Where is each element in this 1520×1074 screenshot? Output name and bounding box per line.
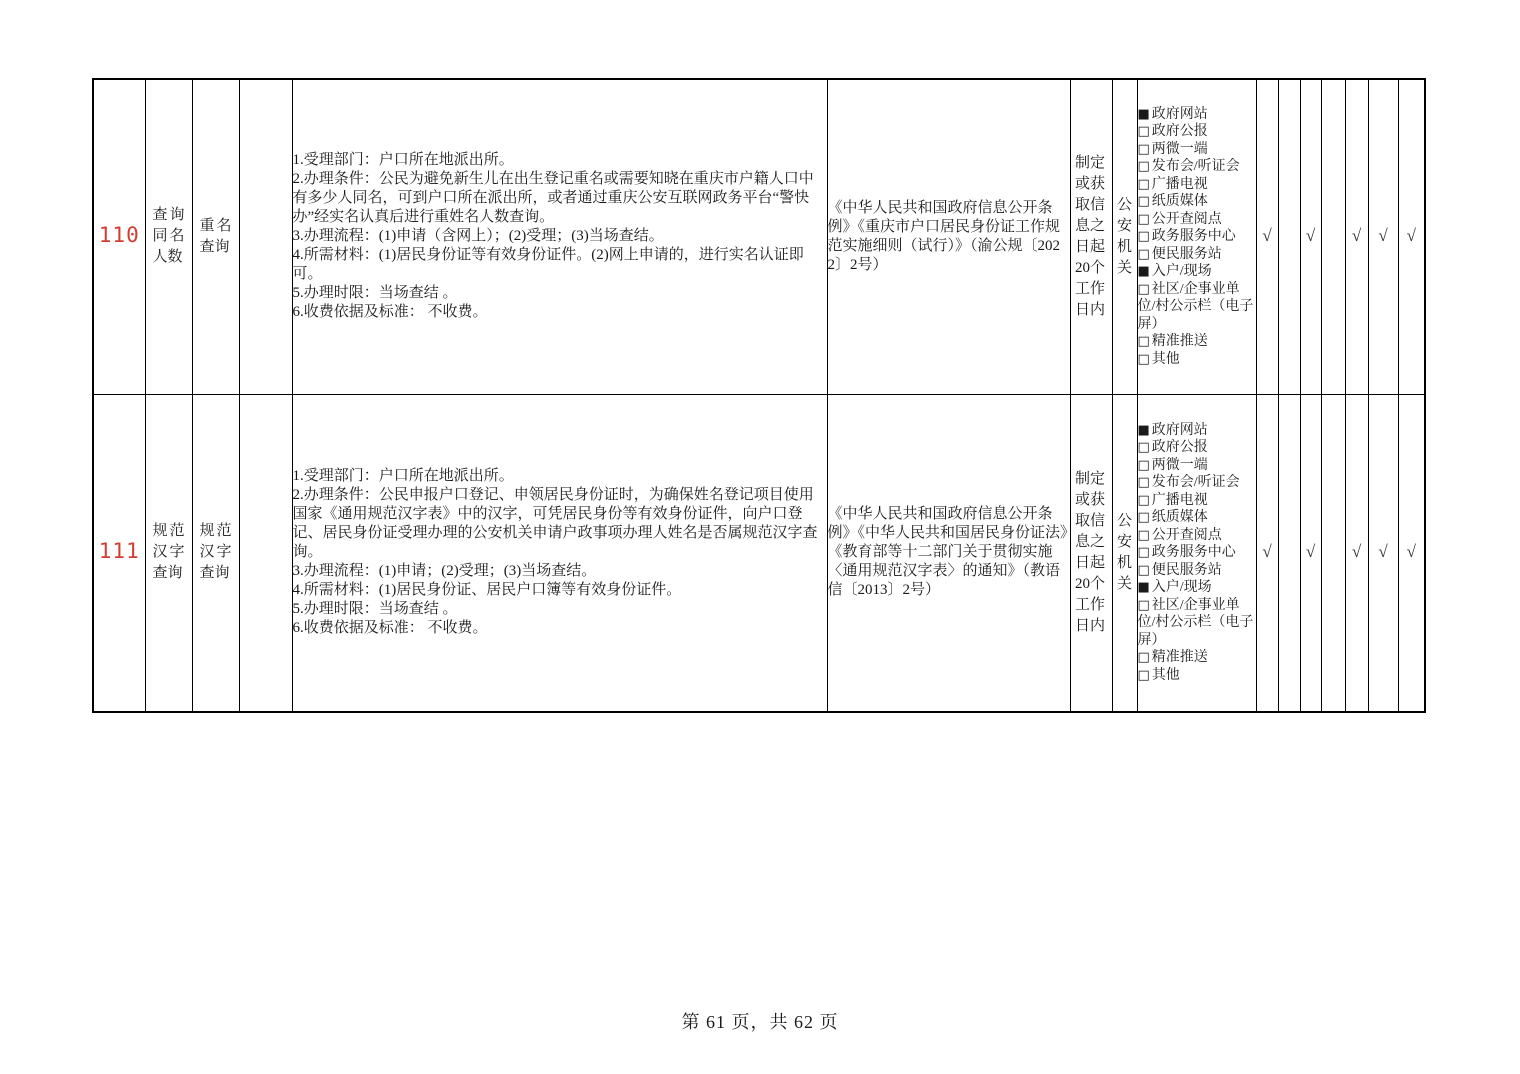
- channel-item: □纸质媒体: [1138, 509, 1256, 527]
- checkbox-icon: □: [1138, 229, 1150, 244]
- checkbox-icon: ■: [1138, 423, 1150, 438]
- channel-item: □发布会/听证会: [1138, 474, 1256, 492]
- row-number-cell: 111: [93, 394, 145, 712]
- channel-item: □广播电视: [1138, 492, 1256, 510]
- mark-cell-4: [1321, 394, 1345, 712]
- channel-item: □纸质媒体: [1138, 193, 1256, 211]
- description-line: 6.收费依据及标准： 不收费。: [293, 303, 827, 322]
- query-type-cell: 规范汉字查询: [192, 394, 239, 712]
- checkbox-icon: □: [1138, 282, 1150, 297]
- agency-text: 公安机关: [1117, 195, 1133, 279]
- time-limit-cell: 制定或获取信息之日起20个工作日内: [1070, 394, 1112, 712]
- agency-cell: 公安机关: [1112, 394, 1137, 712]
- service-description-cell: 1.受理部门：户口所在地派出所。 2.办理条件：公民申报户口登记、申领居民身份证…: [292, 394, 827, 712]
- legal-basis-text: 《中华人民共和国政府信息公开条例》《中华人民共和国居民身份证法》《教育部等十二部…: [828, 505, 1070, 600]
- mark-cell-3: √: [1300, 79, 1321, 394]
- channel-label: 社区/企事业单位/村公示栏（电子屏）: [1138, 282, 1254, 332]
- checkbox-icon: □: [1138, 458, 1150, 473]
- checkbox-icon: □: [1138, 510, 1150, 525]
- channel-label: 入户/现场: [1152, 580, 1212, 595]
- row-number: 110: [99, 223, 140, 247]
- query-type: 规范汉字查询: [200, 521, 232, 584]
- channel-label: 入户/现场: [1152, 264, 1212, 279]
- empty-cell: [239, 394, 292, 712]
- query-type: 重名查询: [200, 216, 232, 258]
- channel-label: 精准推送: [1152, 650, 1208, 665]
- checkbox-icon: □: [1138, 334, 1150, 349]
- checkbox-icon: □: [1138, 159, 1150, 174]
- check-mark: √: [1352, 542, 1361, 561]
- check-mark: √: [1262, 542, 1271, 561]
- description-line: 3.办理流程：(1)申请；(2)受理；(3)当场查结。: [293, 562, 827, 581]
- checkbox-icon: □: [1138, 247, 1150, 262]
- document-page: 110 查询同名人数 重名查询 1.受理部门：户口所在地派出所。 2.办理条件：…: [0, 0, 1520, 1074]
- mark-cell-7: √: [1398, 79, 1425, 394]
- agency-cell: 公安机关: [1112, 79, 1137, 394]
- description-line: 3.办理流程：(1)申请（含网上）；(2)受理；(3)当场查结。: [293, 227, 827, 246]
- service-description-cell: 1.受理部门：户口所在地派出所。 2.办理条件：公民为避免新生儿在出生登记重名或…: [292, 79, 827, 394]
- channel-item: ■入户/现场: [1138, 579, 1256, 597]
- checkbox-icon: □: [1138, 545, 1150, 560]
- row-number: 111: [99, 539, 140, 563]
- channel-label: 精准推送: [1152, 334, 1208, 349]
- checkbox-icon: □: [1138, 440, 1150, 455]
- row-number-cell: 110: [93, 79, 145, 394]
- channel-item: ■入户/现场: [1138, 263, 1256, 281]
- checkbox-icon: ■: [1138, 580, 1150, 595]
- service-name: 规范汉字查询: [153, 521, 185, 584]
- channels-cell: ■政府网站 □政府公报 □两微一端 □发布会/听证会 □广播电视 □纸质媒体 □…: [1137, 394, 1256, 712]
- legal-basis-cell: 《中华人民共和国政府信息公开条例》《重庆市户口居民身份证工作规范实施细则（试行）…: [827, 79, 1070, 394]
- check-mark: √: [1352, 226, 1361, 245]
- description-line: 2.办理条件：公民为避免新生儿在出生登记重名或需要知晓在重庆市户籍人口中有多少人…: [293, 170, 827, 227]
- channel-item: □公开查阅点: [1138, 211, 1256, 229]
- mark-cell-2: [1278, 394, 1300, 712]
- agency-text: 公安机关: [1117, 511, 1133, 595]
- checkbox-icon: □: [1138, 212, 1150, 227]
- channel-item: □广播电视: [1138, 176, 1256, 194]
- channel-label: 便民服务站: [1152, 247, 1222, 262]
- time-limit-text: 制定或获取信息之日起20个工作日内: [1075, 469, 1107, 637]
- mark-cell-1: √: [1256, 394, 1278, 712]
- channel-label: 社区/企事业单位/村公示栏（电子屏）: [1138, 598, 1254, 648]
- description-line: 1.受理部门：户口所在地派出所。: [293, 467, 827, 486]
- mark-cell-4: [1321, 79, 1345, 394]
- check-mark: √: [1378, 542, 1387, 561]
- channel-label: 发布会/听证会: [1152, 475, 1240, 490]
- channel-item: □精准推送: [1138, 649, 1256, 667]
- check-mark: √: [1306, 542, 1315, 561]
- channel-label: 政府公报: [1152, 124, 1208, 139]
- channel-label: 公开查阅点: [1152, 528, 1222, 543]
- description-line: 2.办理条件：公民申报户口登记、申领居民身份证时，为确保姓名登记项目使用国家《通…: [293, 486, 827, 562]
- channel-item: □社区/企事业单位/村公示栏（电子屏）: [1138, 281, 1256, 334]
- service-row-111: 111 规范汉字查询 规范汉字查询 1.受理部门：户口所在地派出所。 2.办理条…: [93, 394, 1425, 712]
- channel-item: □政府公报: [1138, 123, 1256, 141]
- channel-item: □其他: [1138, 351, 1256, 369]
- channel-item: □两微一端: [1138, 457, 1256, 475]
- check-mark: √: [1378, 226, 1387, 245]
- time-limit-cell: 制定或获取信息之日起20个工作日内: [1070, 79, 1112, 394]
- channel-label: 政务服务中心: [1152, 229, 1236, 244]
- checkbox-icon: □: [1138, 124, 1150, 139]
- checkbox-icon: ■: [1138, 107, 1150, 122]
- channel-item: □政府公报: [1138, 439, 1256, 457]
- mark-cell-5: √: [1345, 394, 1368, 712]
- checkbox-icon: □: [1138, 668, 1150, 683]
- service-name-cell: 查询同名人数: [145, 79, 192, 394]
- service-name-cell: 规范汉字查询: [145, 394, 192, 712]
- description-line: 1.受理部门：户口所在地派出所。: [293, 151, 827, 170]
- channel-label: 政府公报: [1152, 440, 1208, 455]
- channel-item: □便民服务站: [1138, 246, 1256, 264]
- channel-label: 纸质媒体: [1152, 510, 1208, 525]
- checkbox-icon: □: [1138, 352, 1150, 367]
- service-name: 查询同名人数: [153, 205, 185, 268]
- check-mark: √: [1262, 226, 1271, 245]
- channels-cell: ■政府网站 □政府公报 □两微一端 □发布会/听证会 □广播电视 □纸质媒体 □…: [1137, 79, 1256, 394]
- services-table: 110 查询同名人数 重名查询 1.受理部门：户口所在地派出所。 2.办理条件：…: [92, 78, 1426, 713]
- description-line: 4.所需材料：(1)居民身份证等有效身份证件。(2)网上申请的，进行实名认证即可…: [293, 246, 827, 284]
- channel-label: 政府网站: [1152, 107, 1208, 122]
- channel-label: 便民服务站: [1152, 563, 1222, 578]
- mark-cell-3: √: [1300, 394, 1321, 712]
- checkbox-icon: ■: [1138, 264, 1150, 279]
- channel-label: 公开查阅点: [1152, 212, 1222, 227]
- channel-item: □精准推送: [1138, 333, 1256, 351]
- checkbox-icon: □: [1138, 493, 1150, 508]
- channel-item: □便民服务站: [1138, 562, 1256, 580]
- channel-item: ■政府网站: [1138, 422, 1256, 440]
- channel-label: 发布会/听证会: [1152, 159, 1240, 174]
- mark-cell-5: √: [1345, 79, 1368, 394]
- description-line: 5.办理时限：当场查结 。: [293, 600, 827, 619]
- mark-cell-2: [1278, 79, 1300, 394]
- channel-item: □政务服务中心: [1138, 228, 1256, 246]
- description-line: 5.办理时限：当场查结 。: [293, 284, 827, 303]
- channel-label: 两微一端: [1152, 458, 1208, 473]
- mark-cell-6: √: [1368, 394, 1398, 712]
- check-mark: √: [1306, 226, 1315, 245]
- checkbox-icon: □: [1138, 563, 1150, 578]
- checkbox-icon: □: [1138, 475, 1150, 490]
- channel-item: □两微一端: [1138, 141, 1256, 159]
- channel-item: ■政府网站: [1138, 106, 1256, 124]
- mark-cell-7: √: [1398, 394, 1425, 712]
- channel-item: □发布会/听证会: [1138, 158, 1256, 176]
- channel-label: 广播电视: [1152, 177, 1208, 192]
- check-mark: √: [1407, 542, 1416, 561]
- description-line: 4.所需材料：(1)居民身份证、居民户口簿等有效身份证件。: [293, 581, 827, 600]
- channel-item: □政务服务中心: [1138, 544, 1256, 562]
- channel-item: □公开查阅点: [1138, 527, 1256, 545]
- check-mark: √: [1407, 226, 1416, 245]
- checkbox-icon: □: [1138, 194, 1150, 209]
- time-limit-text: 制定或获取信息之日起20个工作日内: [1075, 153, 1107, 321]
- channel-label: 政府网站: [1152, 423, 1208, 438]
- checkbox-icon: □: [1138, 598, 1150, 613]
- checkbox-icon: □: [1138, 177, 1150, 192]
- checkbox-icon: □: [1138, 528, 1150, 543]
- channel-item: □其他: [1138, 667, 1256, 685]
- mark-cell-6: √: [1368, 79, 1398, 394]
- legal-basis-cell: 《中华人民共和国政府信息公开条例》《中华人民共和国居民身份证法》《教育部等十二部…: [827, 394, 1070, 712]
- channel-label: 其他: [1152, 668, 1180, 683]
- channel-label: 两微一端: [1152, 142, 1208, 157]
- channel-label: 政务服务中心: [1152, 545, 1236, 560]
- channel-label: 其他: [1152, 352, 1180, 367]
- description-line: 6.收费依据及标准： 不收费。: [293, 619, 827, 638]
- mark-cell-1: √: [1256, 79, 1278, 394]
- checkbox-icon: □: [1138, 650, 1150, 665]
- checkbox-icon: □: [1138, 142, 1150, 157]
- empty-cell: [239, 79, 292, 394]
- channel-item: □社区/企事业单位/村公示栏（电子屏）: [1138, 597, 1256, 650]
- query-type-cell: 重名查询: [192, 79, 239, 394]
- page-footer: 第 61 页，共 62 页: [0, 1008, 1520, 1034]
- channel-label: 纸质媒体: [1152, 194, 1208, 209]
- channel-label: 广播电视: [1152, 493, 1208, 508]
- legal-basis-text: 《中华人民共和国政府信息公开条例》《重庆市户口居民身份证工作规范实施细则（试行）…: [828, 199, 1070, 275]
- service-row-110: 110 查询同名人数 重名查询 1.受理部门：户口所在地派出所。 2.办理条件：…: [93, 79, 1425, 394]
